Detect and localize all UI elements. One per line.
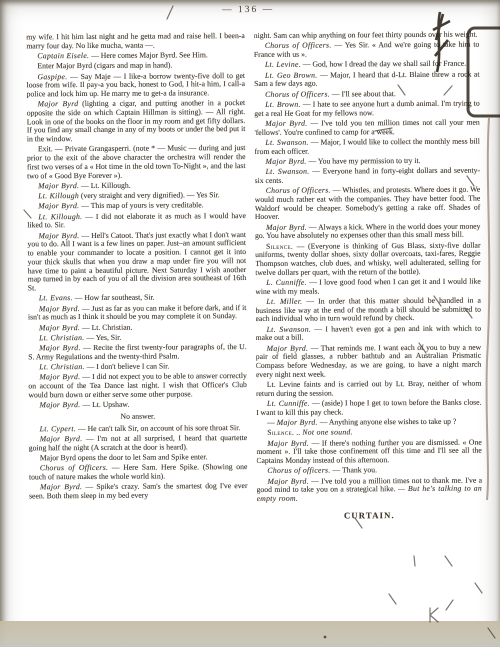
stage-direction: Lt. Levine faints and is carried out by … [256,380,482,399]
dialogue-paragraph: Lt. Swanson. — Major, I would like to co… [254,137,480,156]
speaker-name: Major Byrd. [40,434,83,443]
speaker-name: Lt. Brown. [265,100,301,109]
speaker-name: Major Byrd. [39,372,80,381]
dialogue-paragraph: Major Byrd. — I've told you a million ti… [256,476,482,503]
dialogue-paragraph: Lt. Brown. — I hate to see anyone hurt a… [254,99,480,118]
speaker-name: Lt. Swanson. [267,324,312,333]
dialogue-paragraph: Lt. Evans. — How far southeast, Sir. [28,293,247,303]
italic-aside: — But he's talking to an empty room. [257,484,482,503]
dialogue-paragraph: Chorus of Officers. — I'll see about tha… [254,89,480,99]
stage-direction: my wife. I hit him last night and he get… [26,32,245,51]
speaker-name: Chorus of Officers. [266,186,331,195]
right-column: night. Sam can whip anything on four fee… [254,31,482,524]
speaker-name: Chorus of Officers. [265,41,332,50]
dialogue-paragraph: Major Byrd (lighting a cigar, and puttin… [27,99,246,144]
speaker-name: Major Byrd [38,99,79,108]
stage-direction: Enter Major Byrd (cigars and map in hand… [26,61,245,71]
speaker-name: Lt. Swanson. [265,138,308,147]
dialogue-paragraph: Lt. Levine. — God, how I dread the day w… [254,60,480,70]
speaker-name: Major Byrd. [39,323,80,332]
dialogue-paragraph: Major Byrd. — Just as far as you can mak… [28,304,247,323]
speaker-name: Silence. [267,428,294,437]
speaker-name: Chorus of Officers. [40,463,108,472]
dialogue-paragraph: Lt. Swanson. — Everyone hand in forty-ei… [255,167,481,186]
speaker-name: Lt. Christian. [39,333,84,342]
dialogue-paragraph: Major Byrd. — Hell's Catoot. That's just… [27,231,246,293]
dialogue-paragraph: Chorus of Officers. — Yes Sir. « And we'… [254,41,480,60]
speaker-name: Major Byrd. [39,343,81,352]
speaker-name: Chorus of officers. [267,466,330,475]
dialogue-paragraph: Lt. Killough. — I did not elaborate it a… [27,212,246,231]
dialogue-paragraph: Major Byrd. — I did not expect you to be… [28,372,247,399]
stage-direction: Exit. — Private Grangasperri. (note * — … [27,144,246,180]
speaker-name: Lt. Miller. [266,297,302,306]
page-bottom-edge [0,621,500,647]
text-columns: my wife. I hit him last night and he get… [0,13,500,525]
speaker-name: Major Byrd. [39,304,80,313]
dialogue-paragraph: Silence. .. Not one sound. [256,428,482,438]
dialogue-paragraph: Chorus of Officers. — Here Sam. Here Spi… [29,463,248,482]
speaker-name: Major Byrd. [267,476,308,485]
dialogue-paragraph: Captain Eisele. — Here comes Major Byrd.… [26,51,245,61]
speaker-name: Lt. Evans. [39,293,73,302]
dialogue-paragraph: Lt. Miller. — In order that this matter … [255,297,481,324]
speaker-name: L. Cunniffe. [266,278,307,287]
speaker-name: Lt. Cunniffe. [267,399,310,408]
dialogue-paragraph: Lt. Geo Brown. — Major, I heard that d-L… [254,70,480,89]
speaker-name: Lt. Cypert. [40,424,76,433]
dialogue-paragraph: Gaspipe. — Say Maje — I like-a borrow tw… [26,72,245,99]
speaker-name: Major Byrd. [266,222,307,231]
speaker-name: Major Byrd. [38,181,79,190]
speaker-name: Major Byrd. [38,231,79,240]
speaker-name: Captain Eisele. [37,51,89,60]
left-column: my wife. I hit him last night and he get… [26,32,248,525]
speaker-name: Gaspipe. [37,72,67,81]
speaker-name: Major Byrd. [38,201,79,210]
dialogue-paragraph: Lt. Killough (very straight and very dig… [27,191,246,201]
speaker-name: Chorus of Officers. [265,89,330,98]
dialogue-paragraph: Major Byrd. — I'm not at all surprised, … [29,434,248,453]
dialogue-paragraph: Chorus of officers. — Thank you. [256,466,482,476]
speaker-name: Lt. Swanson. [266,167,310,176]
dialogue-paragraph: Chorus of Officers. — Whistles, and prot… [255,186,481,222]
dialogue-paragraph: Major Byrd. — Always a kick. Where in th… [255,222,481,241]
italic-aside: Not one sound. [300,428,353,437]
centered-line: CURTAIN. [257,510,483,520]
speaker-name: Major Byrd. [40,482,82,491]
dialogue-paragraph: Major Byrd. — Lt. Christian. [28,323,247,333]
centered-line: No answer. [29,412,248,422]
dialogue-paragraph: Lt. Cunniffe. — (aside) I hope I get to … [256,399,482,418]
speaker-name: Major Byrd. [267,438,309,447]
speaker-name: Lt. Killough. [38,212,82,221]
dialogue-paragraph: Major Byrd. — This map of yours is very … [27,201,246,211]
speaker-name: Major Byrd. [39,400,80,409]
speaker-name: Lt. Geo Brown. [265,70,318,79]
dialogue-paragraph: L. Cunniffe. — I love good food when I c… [255,278,481,297]
speaker-name: Major Byrd. [265,119,307,128]
speaker-name: Lt. Killough [38,191,79,200]
speaker-name: Lt. Christian. [39,362,84,371]
dialogue-paragraph: Major Byrd. — I've told you ten million … [254,118,480,137]
dialogue-paragraph: — Major Byrd. — Anything anyone else wis… [256,418,482,428]
speaker-name: Major Byrd. [267,343,309,352]
dialogue-paragraph: Lt. Swanson. — I haven't even got a pen … [256,324,482,343]
speaker-name: Major Byrd. [265,157,306,166]
dialogue-paragraph: Major Byrd. — Recite the first twenty-fo… [28,343,247,362]
speaker-name: Silence. [266,241,293,250]
speaker-name: Lt. Levine. [265,60,301,69]
scanned-page: — 136 — my wife. I hit him last night an… [0,0,500,647]
dialogue-paragraph: Major Byrd. — Spike's crazy. Sam's the s… [29,482,248,501]
dialogue-paragraph: Major Byrd. — Lt. Upshaw. [28,400,247,410]
dialogue-paragraph: Lt. Cypert. — He can't talk Sir, on acco… [29,424,248,434]
speaker-name: Major Byrd. [277,418,318,427]
dialogue-paragraph: Silence. — (Everyone is thinking of Gus … [255,241,481,277]
dialogue-paragraph: Major Byrd. — If there's nothing further… [256,438,482,465]
dialogue-paragraph: Major Byrd. — That reminds me. I want ea… [256,343,482,379]
